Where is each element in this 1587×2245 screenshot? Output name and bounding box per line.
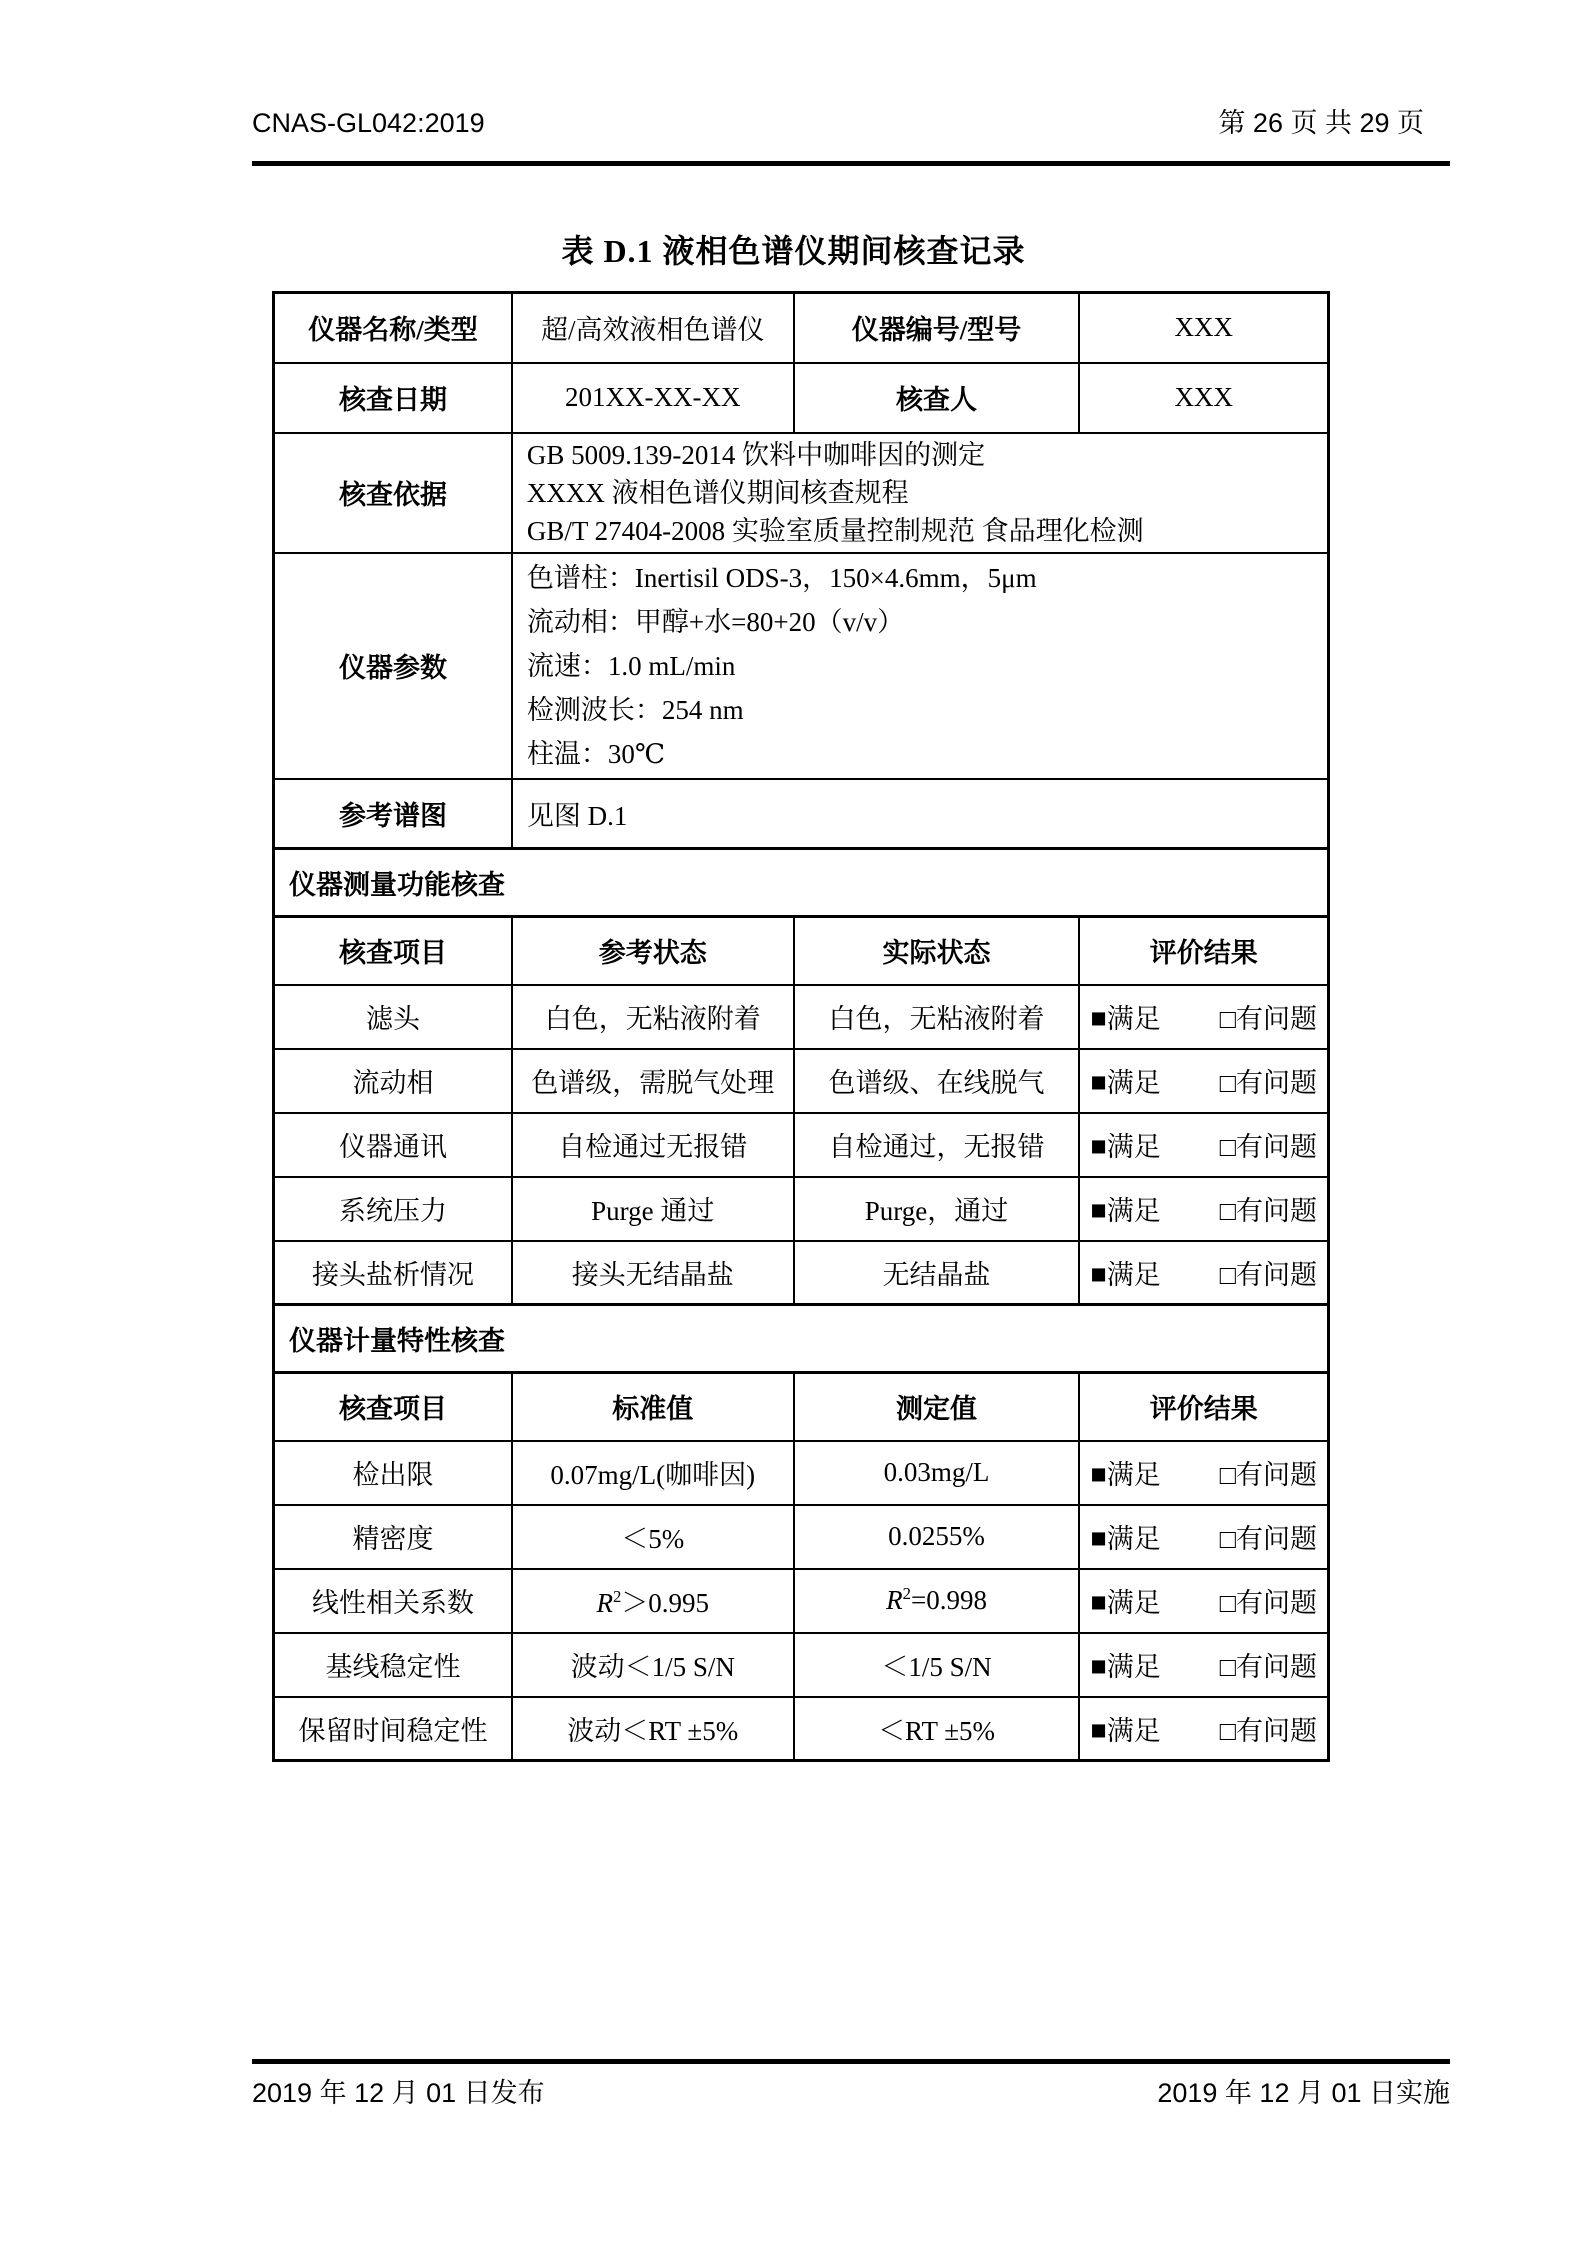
table-row: 参考谱图 见图 D.1 <box>274 779 1329 849</box>
checked-box-icon: ■ <box>1090 1259 1106 1290</box>
table-row: 滤头 白色，无粘液附着 白色，无粘液附着 ■满足 □有问题 <box>274 985 1329 1049</box>
unchecked-box-icon: □ <box>1220 1652 1236 1683</box>
col-header-item: 核查项目 <box>274 917 512 985</box>
result-pass-label: 满足 <box>1107 1460 1161 1490</box>
result-option-pass: ■满足 <box>1090 1253 1160 1292</box>
item-cell: 流动相 <box>274 1049 512 1113</box>
measured-cell: 0.03mg/L <box>794 1441 1080 1505</box>
checked-box-icon: ■ <box>1090 1587 1106 1618</box>
footer-implement-date: 2019 年 12 月 01 日实施 <box>1157 2075 1450 2111</box>
result-problem-label: 有问题 <box>1236 1716 1317 1746</box>
item-cell: 系统压力 <box>274 1177 512 1241</box>
column-header-row: 核查项目 参考状态 实际状态 评价结果 <box>274 917 1329 985</box>
measured-cell: ＜1/5 S/N <box>794 1633 1080 1697</box>
standard-value-text: ＞0.995 <box>621 1588 709 1618</box>
unchecked-box-icon: □ <box>1220 1524 1236 1555</box>
footer-publish-date: 2019 年 12 月 01 日发布 <box>252 2075 545 2111</box>
checked-box-icon: ■ <box>1090 1459 1106 1490</box>
basis-line: XXXX 液相色谱仪期间核查规程 <box>527 474 1317 512</box>
result-problem-label: 有问题 <box>1236 1068 1317 1098</box>
result-problem-label: 有问题 <box>1236 1652 1317 1682</box>
result-pass-label: 满足 <box>1107 1716 1161 1746</box>
instrument-id-label: 仪器编号/型号 <box>794 293 1080 363</box>
r-symbol: R <box>596 1588 613 1618</box>
standard-cell: 0.07mg/L(咖啡因) <box>512 1441 794 1505</box>
table-row: 精密度 ＜5% 0.0255% ■满足 □有问题 <box>274 1505 1329 1569</box>
evaluation-result-cell: ■满足 □有问题 <box>1079 1241 1328 1305</box>
table-row: 基线稳定性 波动＜1/5 S/N ＜1/5 S/N ■满足 □有问题 <box>274 1633 1329 1697</box>
result-option-pass: ■满足 <box>1090 1581 1160 1620</box>
table-row: 仪器名称/类型 超/高效液相色谱仪 仪器编号/型号 XXX <box>274 293 1329 363</box>
item-cell: 仪器通讯 <box>274 1113 512 1177</box>
item-cell: 保留时间稳定性 <box>274 1697 512 1761</box>
evaluation-result-cell: ■满足 □有问题 <box>1079 1697 1328 1761</box>
param-line: 检测波长：254 nm <box>527 688 1317 732</box>
checked-box-icon: ■ <box>1090 1131 1106 1162</box>
actual-cell: 白色，无粘液附着 <box>794 985 1080 1049</box>
unchecked-box-icon: □ <box>1220 1068 1236 1099</box>
measured-value-text: =0.998 <box>911 1585 987 1615</box>
reference-chart-label: 参考谱图 <box>274 779 512 849</box>
table-row: 系统压力 Purge 通过 Purge，通过 ■满足 □有问题 <box>274 1177 1329 1241</box>
reference-cell: Purge 通过 <box>512 1177 794 1241</box>
result-pass-label: 满足 <box>1107 1588 1161 1618</box>
table-row: 核查日期 201XX-XX-XX 核查人 XXX <box>274 363 1329 433</box>
result-pass-label: 满足 <box>1107 1004 1161 1034</box>
reference-cell: 自检通过无报错 <box>512 1113 794 1177</box>
result-option-problem: □有问题 <box>1220 1125 1317 1164</box>
col-header-actual: 实际状态 <box>794 917 1080 985</box>
param-line: 色谱柱：Inertisil ODS-3，150×4.6mm，5μm <box>527 556 1317 600</box>
result-pass-label: 满足 <box>1107 1260 1161 1290</box>
result-option-pass: ■满足 <box>1090 1453 1160 1492</box>
header-doc-number: CNAS-GL042:2019 <box>252 106 485 140</box>
table-row: 仪器通讯 自检通过无报错 自检通过，无报错 ■满足 □有问题 <box>274 1113 1329 1177</box>
reference-chart-value: 见图 D.1 <box>512 779 1329 849</box>
unchecked-box-icon: □ <box>1220 1588 1236 1619</box>
table-caption: 表 D.1 液相色谱仪期间核查记录 <box>0 226 1587 272</box>
col-header-reference: 参考状态 <box>512 917 794 985</box>
param-line: 流动相：甲醇+水=80+20（v/v） <box>527 600 1317 644</box>
reference-cell: 色谱级，需脱气处理 <box>512 1049 794 1113</box>
header-rule <box>252 161 1450 166</box>
checked-box-icon: ■ <box>1090 1003 1106 1034</box>
evaluation-result-cell: ■满足 □有问题 <box>1079 1441 1328 1505</box>
evaluation-result-cell: ■满足 □有问题 <box>1079 1177 1328 1241</box>
footer-rule <box>252 2059 1450 2064</box>
instrument-id-value: XXX <box>1079 293 1328 363</box>
evaluation-result-cell: ■满足 □有问题 <box>1079 1505 1328 1569</box>
result-option-problem: □有问题 <box>1220 1189 1317 1228</box>
result-problem-label: 有问题 <box>1236 1004 1317 1034</box>
standard-cell: 波动＜RT ±5% <box>512 1697 794 1761</box>
column-header-row: 核查项目 标准值 测定值 评价结果 <box>274 1373 1329 1441</box>
actual-cell: 自检通过，无报错 <box>794 1113 1080 1177</box>
result-pass-label: 满足 <box>1107 1068 1161 1098</box>
col-header-standard: 标准值 <box>512 1373 794 1441</box>
header-page-number: 第 26 页 共 29 页 <box>1218 106 1424 140</box>
metrology-check-section-title: 仪器计量特性核查 <box>274 1305 1329 1373</box>
table-row: 保留时间稳定性 波动＜RT ±5% ＜RT ±5% ■满足 □有问题 <box>274 1697 1329 1761</box>
param-line: 流速：1.0 mL/min <box>527 644 1317 688</box>
result-pass-label: 满足 <box>1107 1132 1161 1162</box>
check-date-label: 核查日期 <box>274 363 512 433</box>
result-problem-label: 有问题 <box>1236 1196 1317 1226</box>
actual-cell: 色谱级、在线脱气 <box>794 1049 1080 1113</box>
table-row: 检出限 0.07mg/L(咖啡因) 0.03mg/L ■满足 □有问题 <box>274 1441 1329 1505</box>
unchecked-box-icon: □ <box>1220 1196 1236 1227</box>
reference-cell: 白色，无粘液附着 <box>512 985 794 1049</box>
function-check-section-title: 仪器测量功能核查 <box>274 849 1329 917</box>
unchecked-box-icon: □ <box>1220 1004 1236 1035</box>
item-cell: 接头盐析情况 <box>274 1241 512 1305</box>
result-option-problem: □有问题 <box>1220 1581 1317 1620</box>
result-problem-label: 有问题 <box>1236 1132 1317 1162</box>
result-option-problem: □有问题 <box>1220 1517 1317 1556</box>
instrument-name-value: 超/高效液相色谱仪 <box>512 293 794 363</box>
instrument-params-label: 仪器参数 <box>274 553 512 779</box>
result-option-problem: □有问题 <box>1220 1253 1317 1292</box>
result-option-pass: ■满足 <box>1090 1189 1160 1228</box>
evaluation-result-cell: ■满足 □有问题 <box>1079 1633 1328 1697</box>
check-basis-label: 核查依据 <box>274 433 512 553</box>
actual-cell: 无结晶盐 <box>794 1241 1080 1305</box>
item-cell: 精密度 <box>274 1505 512 1569</box>
standard-cell: ＜5% <box>512 1505 794 1569</box>
checked-box-icon: ■ <box>1090 1523 1106 1554</box>
unchecked-box-icon: □ <box>1220 1132 1236 1163</box>
verification-record-table: 仪器名称/类型 超/高效液相色谱仪 仪器编号/型号 XXX 核查日期 201XX… <box>272 291 1330 1762</box>
standard-cell: R2＞0.995 <box>512 1569 794 1633</box>
param-line: 柱温：30℃ <box>527 732 1317 776</box>
result-option-problem: □有问题 <box>1220 1453 1317 1492</box>
evaluation-result-cell: ■满足 □有问题 <box>1079 985 1328 1049</box>
evaluation-result-cell: ■满足 □有问题 <box>1079 1569 1328 1633</box>
result-problem-label: 有问题 <box>1236 1524 1317 1554</box>
result-option-pass: ■满足 <box>1090 1645 1160 1684</box>
measured-cell: R2=0.998 <box>794 1569 1080 1633</box>
check-date-value: 201XX-XX-XX <box>512 363 794 433</box>
result-option-pass: ■满足 <box>1090 1709 1160 1748</box>
instrument-params-value: 色谱柱：Inertisil ODS-3，150×4.6mm，5μm 流动相：甲醇… <box>512 553 1329 779</box>
unchecked-box-icon: □ <box>1220 1260 1236 1291</box>
actual-cell: Purge，通过 <box>794 1177 1080 1241</box>
instrument-name-label: 仪器名称/类型 <box>274 293 512 363</box>
result-option-problem: □有问题 <box>1220 1709 1317 1748</box>
result-option-problem: □有问题 <box>1220 1645 1317 1684</box>
result-pass-label: 满足 <box>1107 1196 1161 1226</box>
table-row: 核查依据 GB 5009.139-2014 饮料中咖啡因的测定 XXXX 液相色… <box>274 433 1329 553</box>
result-option-pass: ■满足 <box>1090 1517 1160 1556</box>
evaluation-result-cell: ■满足 □有问题 <box>1079 1113 1328 1177</box>
checker-label: 核查人 <box>794 363 1080 433</box>
item-cell: 检出限 <box>274 1441 512 1505</box>
measured-cell: 0.0255% <box>794 1505 1080 1569</box>
result-option-pass: ■满足 <box>1090 1061 1160 1100</box>
result-problem-label: 有问题 <box>1236 1460 1317 1490</box>
superscript-2: 2 <box>903 1584 911 1603</box>
result-pass-label: 满足 <box>1107 1524 1161 1554</box>
evaluation-result-cell: ■满足 □有问题 <box>1079 1049 1328 1113</box>
checked-box-icon: ■ <box>1090 1651 1106 1682</box>
unchecked-box-icon: □ <box>1220 1716 1236 1747</box>
r-symbol: R <box>886 1585 903 1615</box>
section-header-row: 仪器计量特性核查 <box>274 1305 1329 1373</box>
item-cell: 滤头 <box>274 985 512 1049</box>
table-row: 接头盐析情况 接头无结晶盐 无结晶盐 ■满足 □有问题 <box>274 1241 1329 1305</box>
unchecked-box-icon: □ <box>1220 1460 1236 1491</box>
col-header-measured: 测定值 <box>794 1373 1080 1441</box>
col-header-item: 核查项目 <box>274 1373 512 1441</box>
result-problem-label: 有问题 <box>1236 1260 1317 1290</box>
item-cell: 线性相关系数 <box>274 1569 512 1633</box>
col-header-result: 评价结果 <box>1079 917 1328 985</box>
checker-value: XXX <box>1079 363 1328 433</box>
checked-box-icon: ■ <box>1090 1067 1106 1098</box>
result-pass-label: 满足 <box>1107 1652 1161 1682</box>
check-basis-value: GB 5009.139-2014 饮料中咖啡因的测定 XXXX 液相色谱仪期间核… <box>512 433 1329 553</box>
table-row: 线性相关系数 R2＞0.995 R2=0.998 ■满足 □有问题 <box>274 1569 1329 1633</box>
checked-box-icon: ■ <box>1090 1195 1106 1226</box>
standard-cell: 波动＜1/5 S/N <box>512 1633 794 1697</box>
document-page: CNAS-GL042:2019 第 26 页 共 29 页 表 D.1 液相色谱… <box>0 0 1587 2245</box>
reference-cell: 接头无结晶盐 <box>512 1241 794 1305</box>
section-header-row: 仪器测量功能核查 <box>274 849 1329 917</box>
item-cell: 基线稳定性 <box>274 1633 512 1697</box>
table-row: 流动相 色谱级，需脱气处理 色谱级、在线脱气 ■满足 □有问题 <box>274 1049 1329 1113</box>
basis-line: GB 5009.139-2014 饮料中咖啡因的测定 <box>527 436 1317 474</box>
measured-cell: ＜RT ±5% <box>794 1697 1080 1761</box>
result-problem-label: 有问题 <box>1236 1588 1317 1618</box>
col-header-result: 评价结果 <box>1079 1373 1328 1441</box>
result-option-pass: ■满足 <box>1090 1125 1160 1164</box>
result-option-pass: ■满足 <box>1090 997 1160 1036</box>
table-row: 仪器参数 色谱柱：Inertisil ODS-3，150×4.6mm，5μm 流… <box>274 553 1329 779</box>
result-option-problem: □有问题 <box>1220 1061 1317 1100</box>
basis-line: GB/T 27404-2008 实验室质量控制规范 食品理化检测 <box>527 512 1317 550</box>
result-option-problem: □有问题 <box>1220 997 1317 1036</box>
running-footer: 2019 年 12 月 01 日发布 2019 年 12 月 01 日实施 <box>252 2075 1450 2111</box>
running-header: CNAS-GL042:2019 第 26 页 共 29 页 <box>252 106 1424 140</box>
checked-box-icon: ■ <box>1090 1715 1106 1746</box>
